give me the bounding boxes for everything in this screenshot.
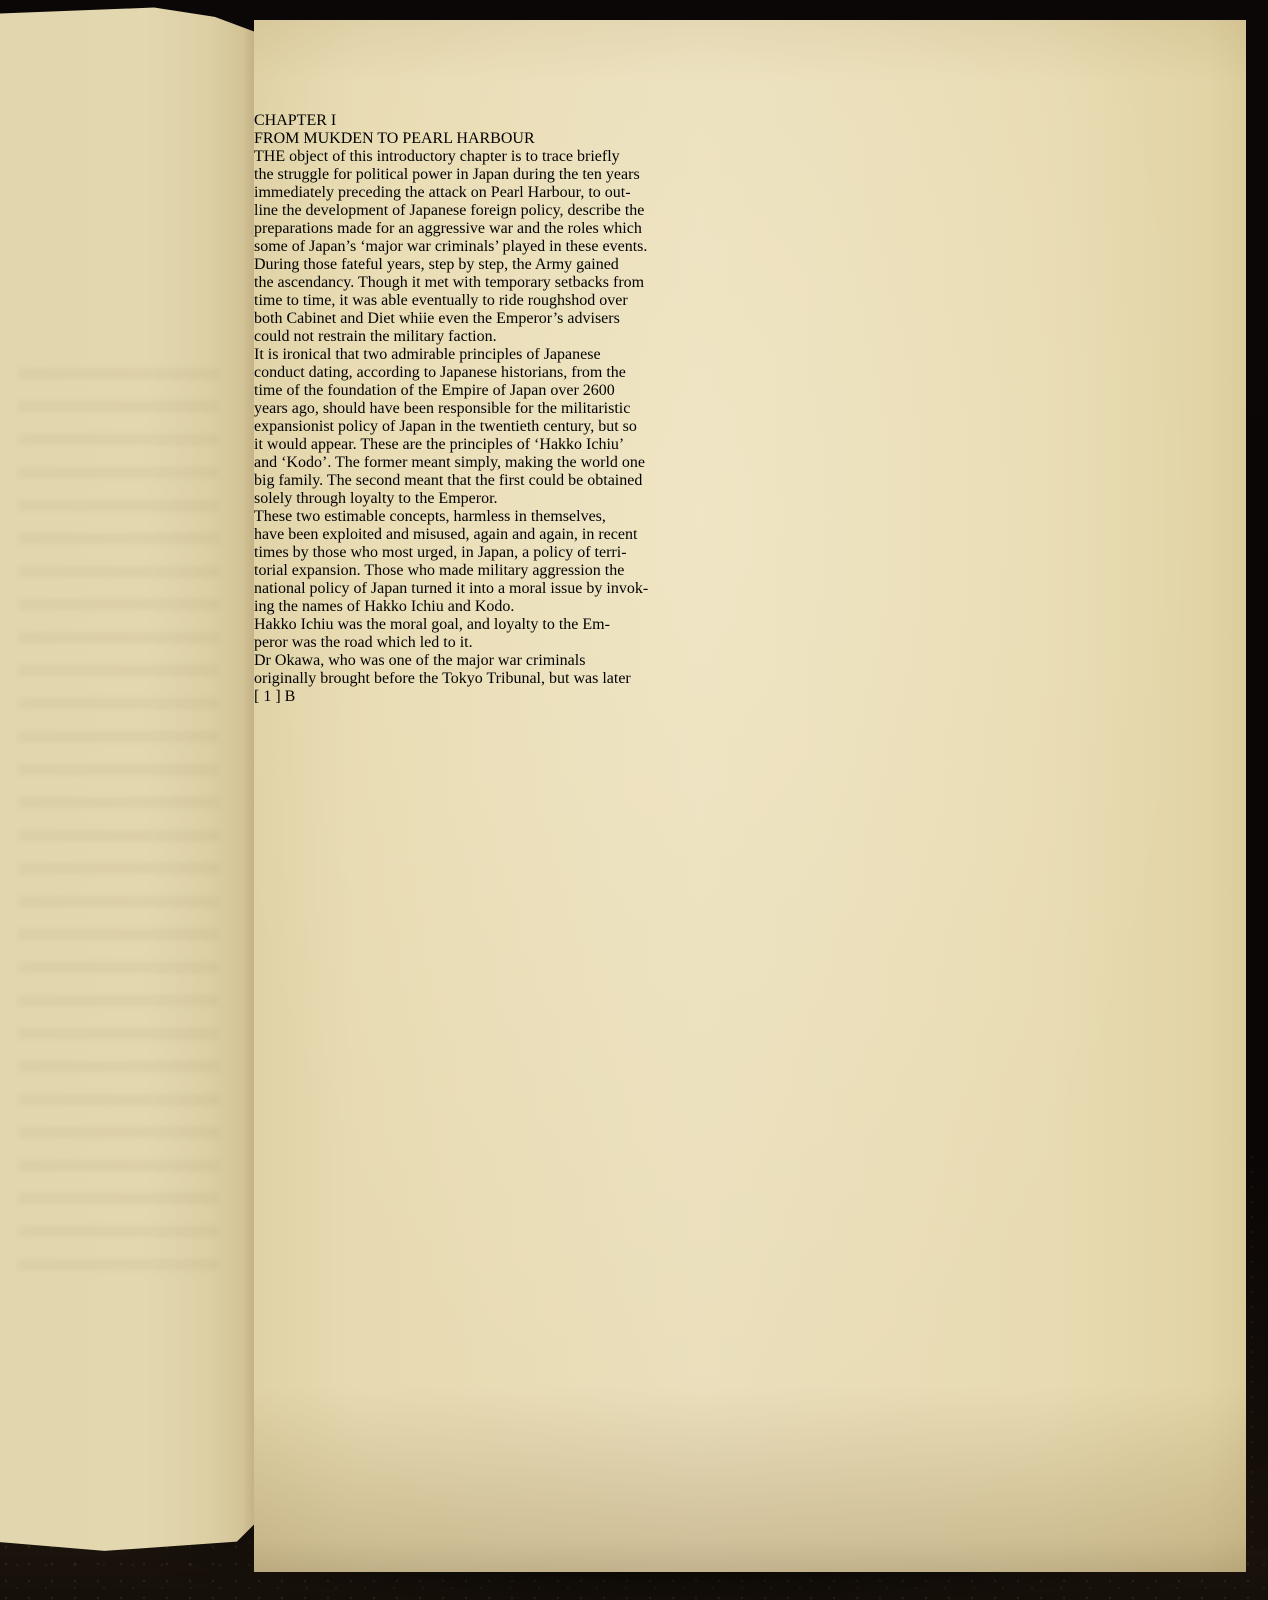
- text-line: peror was the road which led to it.: [254, 634, 1246, 652]
- text-line: times by those who most urged, in Japan,…: [254, 544, 1246, 562]
- foxing-spot: [0, 6, 7, 18]
- page-footer: [ 1 ] B: [254, 688, 1246, 706]
- foxing-spot: [254, 20, 271, 34]
- text-line: solely through loyalty to the Emperor.: [254, 490, 1246, 508]
- chapter-title: FROM MUKDEN TO PEARL HARBOUR: [254, 130, 1246, 148]
- text-line: time to time, it was able eventually to …: [254, 292, 1246, 310]
- text-line: immediately preceding the attack on Pear…: [254, 184, 1246, 202]
- foxing-spot: [254, 99, 268, 112]
- page-content: CHAPTER I FROM MUKDEN TO PEARL HARBOUR T…: [254, 112, 1246, 706]
- facing-page: [0, 6, 270, 1554]
- text-line: Hakko Ichiu was the moral goal, and loya…: [254, 616, 1246, 634]
- printer-signature-mark: B: [285, 688, 296, 705]
- text-line: torial expansion. Those who made militar…: [254, 562, 1246, 580]
- foxing-spot: [254, 89, 265, 99]
- small-caps-opening: HE: [264, 148, 285, 165]
- text-line: expansionist policy of Japan in the twen…: [254, 418, 1246, 436]
- text-line: years ago, should have been responsible …: [254, 400, 1246, 418]
- text-line: ing the names of Hakko Ichiu and Kodo.: [254, 598, 1246, 616]
- text-line: the ascendancy. Though it met with tempo…: [254, 274, 1246, 292]
- foxing-spot: [254, 55, 273, 71]
- text-line: some of Japan’s ‘major war criminals’ pl…: [254, 238, 1246, 256]
- text-line: It is ironical that two admirable princi…: [254, 346, 1246, 364]
- foxing-spot: [0, 18, 6, 29]
- text-line: have been exploited and misused, again a…: [254, 526, 1246, 544]
- text-line: it would appear. These are the principle…: [254, 436, 1246, 454]
- chapter-heading: CHAPTER I: [254, 112, 1246, 130]
- text-line: national policy of Japan turned it into …: [254, 580, 1246, 598]
- text-line: THE object of this introductory chapter …: [254, 148, 1246, 166]
- text-line: originally brought before the Tokyo Trib…: [254, 670, 1246, 688]
- text-line: the struggle for political power in Japa…: [254, 166, 1246, 184]
- text-line: time of the foundation of the Empire of …: [254, 382, 1246, 400]
- text-line: big family. The second meant that the fi…: [254, 472, 1246, 490]
- foxing-spot: [254, 34, 266, 44]
- show-through-text: [18, 368, 218, 1288]
- text-line: conduct dating, according to Japanese hi…: [254, 364, 1246, 382]
- line-text: object of this introductory chapter is t…: [285, 148, 620, 165]
- book-photo-scene: CHAPTER I FROM MUKDEN TO PEARL HARBOUR T…: [0, 0, 1268, 1600]
- foxing-spot: [254, 71, 275, 89]
- text-line: line the development of Japanese foreign…: [254, 202, 1246, 220]
- text-line: and ‘Kodo’. The former meant simply, mak…: [254, 454, 1246, 472]
- text-line: preparations made for an aggressive war …: [254, 220, 1246, 238]
- foxing-spot: [0, 29, 3, 37]
- text-line: During those fateful years, step by step…: [254, 256, 1246, 274]
- text-line: These two estimable concepts, harmless i…: [254, 508, 1246, 526]
- text-line: both Cabinet and Diet whiie even the Emp…: [254, 310, 1246, 328]
- page-number: [ 1 ]: [254, 688, 281, 705]
- text-line: could not restrain the military faction.: [254, 328, 1246, 346]
- text-line: Dr Okawa, who was one of the major war c…: [254, 652, 1246, 670]
- foxing-spot: [254, 44, 266, 55]
- body-text: THE object of this introductory chapter …: [254, 148, 1246, 688]
- drop-cap-initial: T: [254, 148, 264, 165]
- book-page: CHAPTER I FROM MUKDEN TO PEARL HARBOUR T…: [254, 20, 1246, 1572]
